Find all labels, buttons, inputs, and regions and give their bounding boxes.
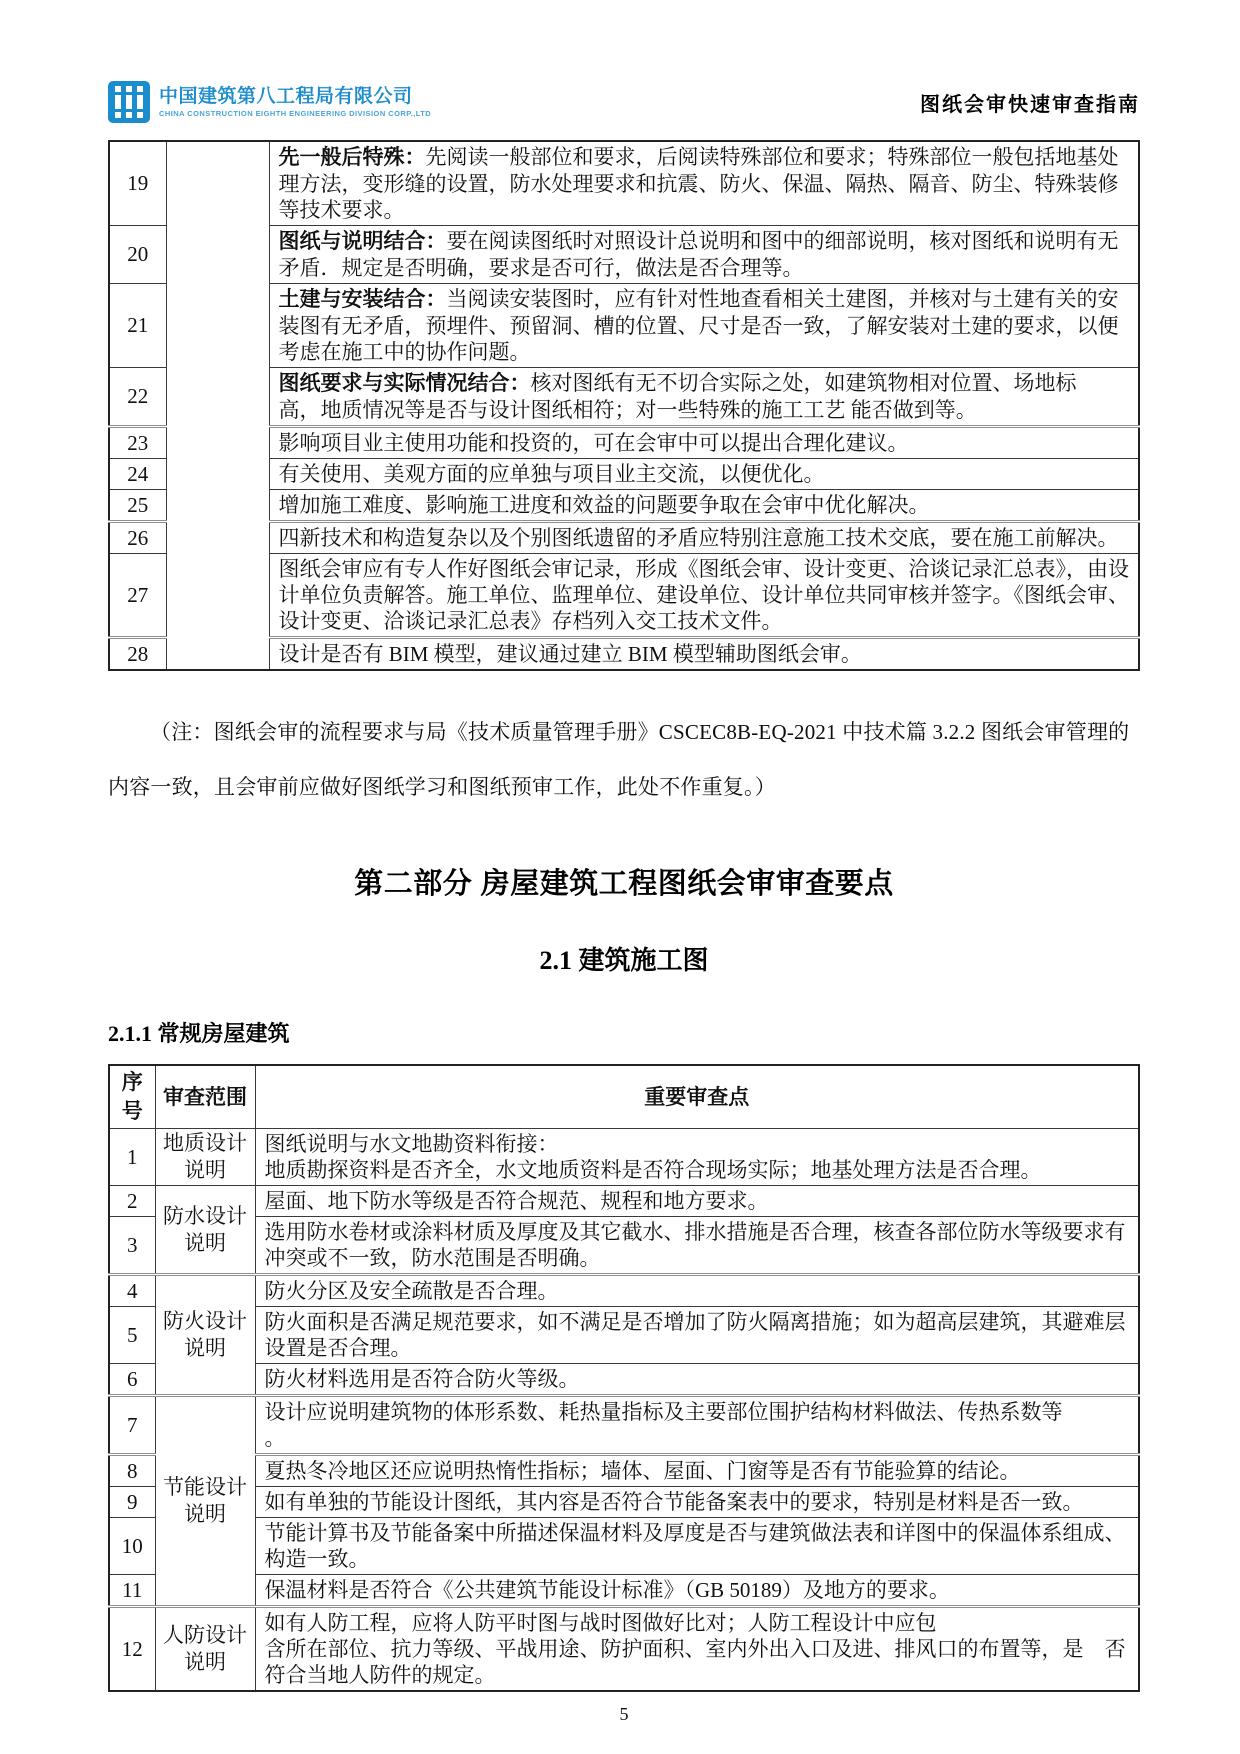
row-number-cell: 5 [109, 1307, 155, 1364]
row-number-cell: 11 [109, 1575, 155, 1607]
content-cell: 设计是否有 BIM 模型，建议通过建立 BIM 模型辅助图纸会审。 [269, 638, 1139, 671]
header-cell-no: 序号 [109, 1065, 155, 1129]
row-number-cell: 9 [109, 1487, 155, 1518]
table-row: 9 如有单独的节能设计图纸，其内容是否符合节能备案表中的要求，特别是材料是否一致… [109, 1487, 1139, 1518]
row-number-cell: 3 [109, 1217, 155, 1275]
header-cell-points: 重要审查点 [255, 1065, 1139, 1129]
content-cell: 保温材料是否符合《公共建筑节能设计标准》（GB 50189）及地方的要求。 [255, 1575, 1139, 1607]
table-row: 12 人防设计 说明 如有人防工程，应将人防平时图与战时图做好比对；人防工程设计… [109, 1607, 1139, 1692]
table-row: 19 先一般后特殊：先阅读一般部位和要求，后阅读特殊部位和要求；特殊部位一般包括… [109, 141, 1139, 226]
content-lead: 土建与安装结合： [279, 288, 447, 311]
table-row: 1 地质设计 说明 图纸说明与水文地勘资料衔接： 地质勘探资料是否齐全，水文地质… [109, 1129, 1139, 1186]
section-title: 2.1 建筑施工图 [108, 940, 1140, 977]
content-cell: 影响项目业主使用功能和投资的，可在会审中可以提出合理化建议。 [269, 427, 1139, 459]
content-cell: 防火材料选用是否符合防火等级。 [255, 1364, 1139, 1396]
doc-title: 图纸会审快速审查指南 [920, 88, 1140, 117]
row-number-cell: 10 [109, 1518, 155, 1575]
scope-cell: 人防设计 说明 [155, 1607, 255, 1692]
scope-cell-empty [166, 141, 269, 670]
content-text: 节能计算书及节能备案中所描述保温材料及厚度是否与建筑做法表和详图中的保温体系组成… [265, 1521, 1126, 1571]
content-text: 影响项目业主使用功能和投资的，可在会审中可以提出合理化建议。 [279, 431, 909, 455]
row-number-cell: 1 [109, 1129, 155, 1186]
content-cell: 先一般后特殊：先阅读一般部位和要求，后阅读特殊部位和要求；特殊部位一般包括地基处… [269, 141, 1139, 226]
content-cell: 防火分区及安全疏散是否合理。 [255, 1275, 1139, 1307]
content-cell: 选用防水卷材或涂料材质及厚度及其它截水、排水措施是否合理，核查各部位防水等级要求… [255, 1217, 1139, 1275]
scope-cell: 防水设计 说明 [155, 1186, 255, 1275]
row-number-cell: 4 [109, 1275, 155, 1307]
row-number-cell: 21 [109, 284, 166, 368]
document-page: 中国建筑第八工程局有限公司 CHINA CONSTRUCTION EIGHTH … [0, 0, 1240, 1754]
header-cell-scope: 审查范围 [155, 1065, 255, 1129]
company-brand: 中国建筑第八工程局有限公司 CHINA CONSTRUCTION EIGHTH … [108, 81, 431, 123]
content-cell: 图纸要求与实际情况结合：核对图纸有无不切合实际之处，如建筑物相对位置、场地标 高… [269, 368, 1139, 427]
content-text: 如有人防工程，应将人防平时图与战时图做好比对；人防工程设计中应包 含所在部位、抗… [265, 1611, 1126, 1687]
subsection-title: 2.1.1 常规房屋建筑 [108, 1017, 1140, 1048]
content-text: 图纸说明与水文地勘资料衔接： 地质勘探资料是否齐全，水文地质资料是否符合现场实际… [265, 1132, 1042, 1182]
content-cell: 节能计算书及节能备案中所描述保温材料及厚度是否与建筑做法表和详图中的保温体系组成… [255, 1518, 1139, 1575]
content-cell: 图纸说明与水文地勘资料衔接： 地质勘探资料是否齐全，水文地质资料是否符合现场实际… [255, 1129, 1139, 1186]
table-row: 5 防火面积是否满足规范要求，如不满足是否增加了防火隔离措施；如为超高层建筑，其… [109, 1307, 1139, 1364]
content-cell: 增加施工难度、影响施工进度和效益的问题要争取在会审中优化解决。 [269, 490, 1139, 522]
row-number-cell: 7 [109, 1396, 155, 1455]
content-cell: 土建与安装结合：当阅读安装图时，应有针对性地查看相关土建图，并核对与土建有关的安… [269, 284, 1139, 368]
company-name-en: CHINA CONSTRUCTION EIGHTH ENGINEERING DI… [159, 109, 431, 119]
table-row: 4 防火设计 说明 防火分区及安全疏散是否合理。 [109, 1275, 1139, 1307]
row-number-cell: 24 [109, 459, 166, 490]
table-row: 7 节能设计 说明 设计应说明建筑物的体形系数、耗热量指标及主要部位围护结构材料… [109, 1396, 1139, 1455]
content-text: 防火分区及安全疏散是否合理。 [265, 1279, 559, 1303]
row-number-cell: 2 [109, 1186, 155, 1217]
content-text: 保温材料是否符合《公共建筑节能设计标准》（GB 50189）及地方的要求。 [265, 1578, 950, 1602]
content-cell: 如有单独的节能设计图纸，其内容是否符合节能备案表中的要求，特别是材料是否一致。 [255, 1487, 1139, 1518]
cscec-logo-icon [108, 81, 150, 123]
page-number: 5 [108, 1704, 1140, 1725]
content-text: 四新技术和构造复杂以及个别图纸遗留的矛盾应特别注意施工技术交底，要在施工前解决。 [279, 526, 1119, 550]
review-methods-table: 19 先一般后特殊：先阅读一般部位和要求，后阅读特殊部位和要求；特殊部位一般包括… [108, 140, 1140, 671]
row-number-cell: 6 [109, 1364, 155, 1396]
row-number-cell: 22 [109, 368, 166, 427]
row-number-cell: 28 [109, 638, 166, 671]
part-title: 第二部分 房屋建筑工程图纸会审审查要点 [108, 861, 1140, 902]
table-row: 3 选用防水卷材或涂料材质及厚度及其它截水、排水措施是否合理，核查各部位防水等级… [109, 1217, 1139, 1275]
table-row: 6 防火材料选用是否符合防火等级。 [109, 1364, 1139, 1396]
content-cell: 夏热冬冷地区还应说明热惰性指标；墙体、屋面、门窗等是否有节能验算的结论。 [255, 1455, 1139, 1487]
row-number-cell: 12 [109, 1607, 155, 1692]
note-paragraph: （注：图纸会审的流程要求与局《技术质量管理手册》CSCEC8B-EQ-2021 … [108, 705, 1140, 815]
content-text: 有关使用、美观方面的应单独与项目业主交流，以便优化。 [279, 462, 825, 486]
row-number-cell: 23 [109, 427, 166, 459]
content-cell: 有关使用、美观方面的应单独与项目业主交流，以便优化。 [269, 459, 1139, 490]
content-cell: 屋面、地下防水等级是否符合规范、规程和地方要求。 [255, 1186, 1139, 1217]
content-cell: 如有人防工程，应将人防平时图与战时图做好比对；人防工程设计中应包 含所在部位、抗… [255, 1607, 1139, 1692]
table-header-row: 序号 审查范围 重要审查点 [109, 1065, 1139, 1129]
table-row: 2 防水设计 说明 屋面、地下防水等级是否符合规范、规程和地方要求。 [109, 1186, 1139, 1217]
scope-cell: 防火设计 说明 [155, 1275, 255, 1396]
content-text: 选用防水卷材或涂料材质及厚度及其它截水、排水措施是否合理，核查各部位防水等级要求… [265, 1220, 1126, 1270]
table-row: 8 夏热冬冷地区还应说明热惰性指标；墙体、屋面、门窗等是否有节能验算的结论。 [109, 1455, 1139, 1487]
content-cell: 设计应说明建筑物的体形系数、耗热量指标及主要部位围护结构材料做法、传热系数等 。 [255, 1396, 1139, 1455]
content-cell: 图纸会审应有专人作好图纸会审记录，形成《图纸会审、设计变更、洽谈记录汇总表》，由… [269, 554, 1139, 638]
scope-cell: 地质设计 说明 [155, 1129, 255, 1186]
content-text: 夏热冬冷地区还应说明热惰性指标；墙体、屋面、门窗等是否有节能验算的结论。 [265, 1459, 1021, 1483]
content-text: 如有单独的节能设计图纸，其内容是否符合节能备案表中的要求，特别是材料是否一致。 [265, 1490, 1084, 1514]
row-number-cell: 19 [109, 141, 166, 226]
content-text: 屋面、地下防水等级是否符合规范、规程和地方要求。 [265, 1189, 769, 1213]
content-text: 防火材料选用是否符合防火等级。 [265, 1367, 580, 1391]
scope-cell: 节能设计 说明 [155, 1396, 255, 1607]
row-number-cell: 26 [109, 522, 166, 554]
content-text: 防火面积是否满足规范要求，如不满足是否增加了防火隔离措施；如为超高层建筑，其避难… [265, 1310, 1126, 1360]
row-number-cell: 20 [109, 226, 166, 284]
review-points-table: 序号 审查范围 重要审查点 1 地质设计 说明 图纸说明与水文地勘资料衔接： 地… [108, 1064, 1140, 1692]
content-cell: 四新技术和构造复杂以及个别图纸遗留的矛盾应特别注意施工技术交底，要在施工前解决。 [269, 522, 1139, 554]
content-lead: 图纸要求与实际情况结合： [279, 372, 531, 395]
content-cell: 防火面积是否满足规范要求，如不满足是否增加了防火隔离措施；如为超高层建筑，其避难… [255, 1307, 1139, 1364]
content-text: 增加施工难度、影响施工进度和效益的问题要争取在会审中优化解决。 [279, 493, 930, 517]
table-row: 11 保温材料是否符合《公共建筑节能设计标准》（GB 50189）及地方的要求。 [109, 1575, 1139, 1607]
table-row: 10 节能计算书及节能备案中所描述保温材料及厚度是否与建筑做法表和详图中的保温体… [109, 1518, 1139, 1575]
row-number-cell: 8 [109, 1455, 155, 1487]
doc-header: 中国建筑第八工程局有限公司 CHINA CONSTRUCTION EIGHTH … [108, 78, 1140, 126]
content-cell: 图纸与说明结合：要在阅读图纸时对照设计总说明和图中的细部说明，核对图纸和说明有无… [269, 226, 1139, 284]
content-lead: 图纸与说明结合： [279, 230, 447, 253]
company-name-cn: 中国建筑第八工程局有限公司 [159, 85, 431, 109]
content-lead: 先一般后特殊： [279, 146, 426, 169]
content-text: 设计是否有 BIM 模型，建议通过建立 BIM 模型辅助图纸会审。 [279, 642, 862, 666]
row-number-cell: 27 [109, 554, 166, 638]
content-text: 图纸会审应有专人作好图纸会审记录，形成《图纸会审、设计变更、洽谈记录汇总表》，由… [279, 557, 1130, 633]
company-name-block: 中国建筑第八工程局有限公司 CHINA CONSTRUCTION EIGHTH … [159, 85, 431, 119]
row-number-cell: 25 [109, 490, 166, 522]
content-text: 设计应说明建筑物的体形系数、耗热量指标及主要部位围护结构材料做法、传热系数等 。 [265, 1400, 1063, 1450]
